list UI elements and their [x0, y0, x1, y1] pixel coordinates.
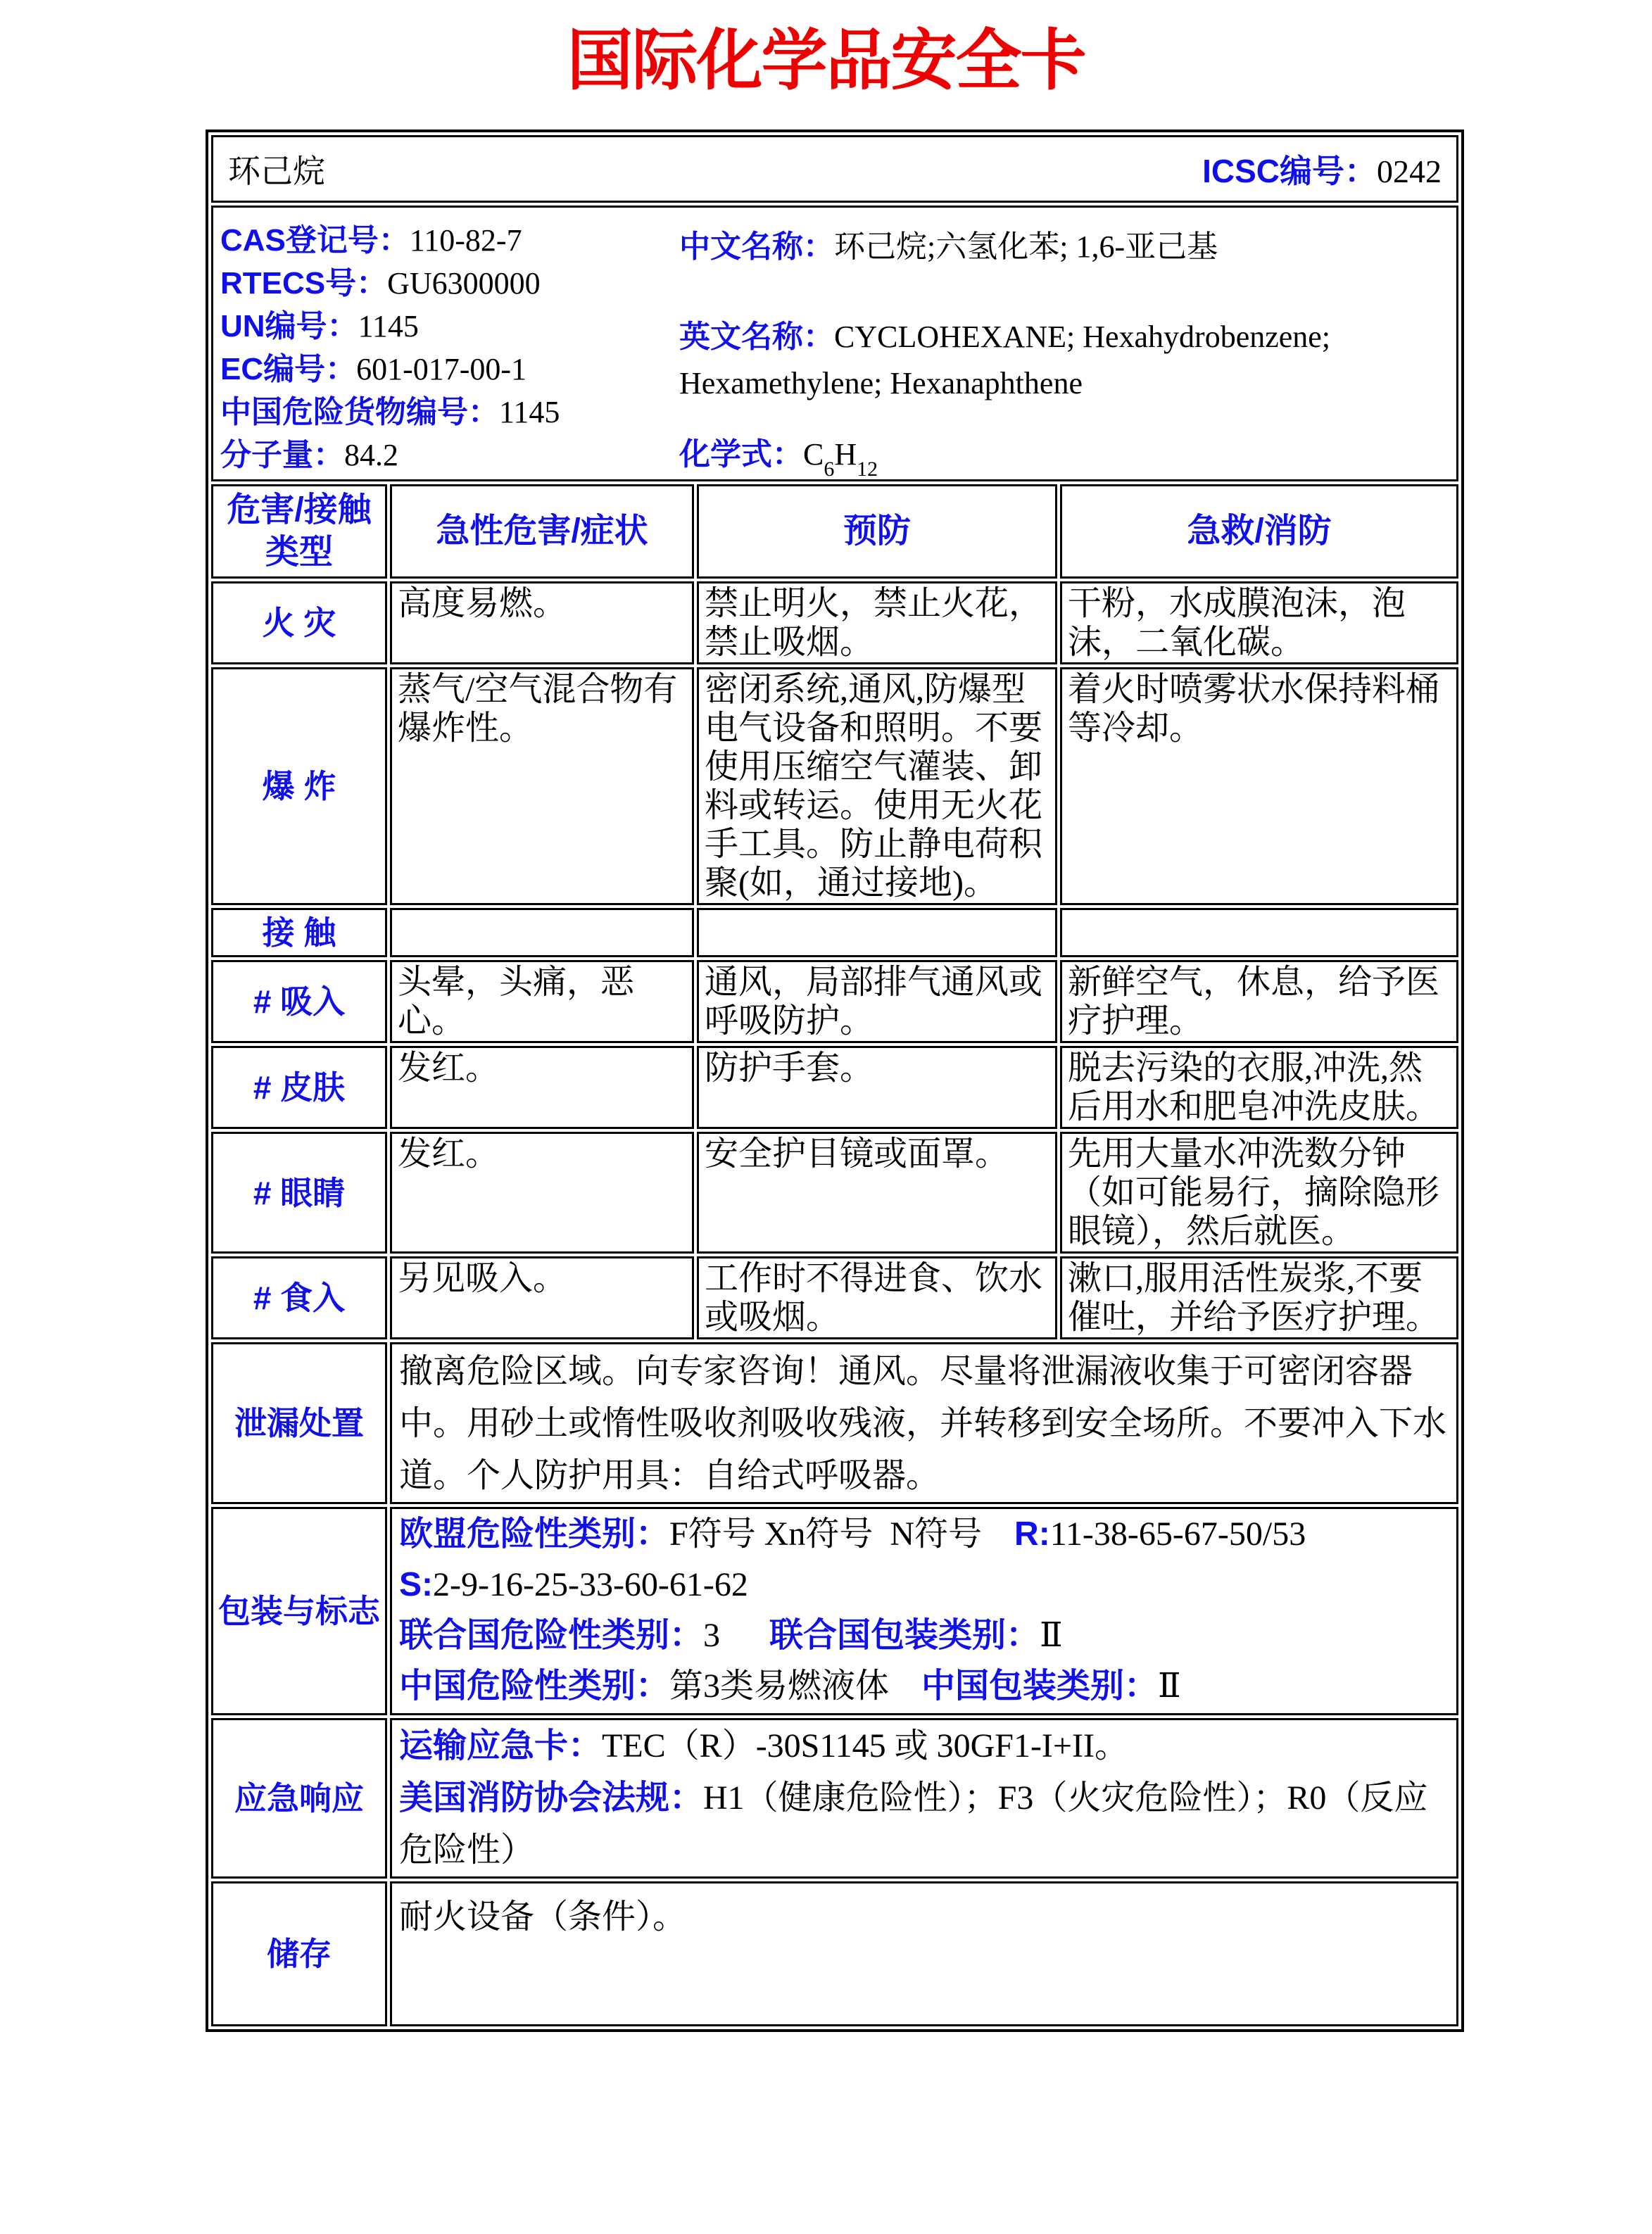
ingestion-prevention: 工作时不得进食、饮水 或吸烟。: [697, 1256, 1057, 1339]
identifier-line-cas: CAS登记号：110-82-7: [220, 219, 678, 262]
icsc-group: ICSC编号：0242: [1202, 146, 1442, 192]
r-phrases-label: R:: [1014, 1515, 1050, 1553]
fire-response: 干粉，水成膜泡沫，泡 沫，二氧化碳。: [1060, 581, 1458, 664]
packaging-cell: 欧盟危险性类别：F符号 Xn符号 N符号R:11-38-65-67-50/53 …: [390, 1507, 1458, 1715]
spill-row: 泄漏处置 撤离危险区域。向专家咨询！通风。尽量将泄漏液收集于可密闭容器 中。用砂…: [211, 1342, 1458, 1504]
identifier-line-china-dg: 中国危险货物编号：1145: [220, 391, 678, 434]
eyes-prevention: 安全护目镜或面罩。: [697, 1132, 1057, 1254]
identifiers-cell: CAS登记号：110-82-7 RTECS号：GU6300000 UN编号：11…: [211, 206, 1458, 481]
card-name-row: 环己烷 ICSC编号：0242: [211, 135, 1458, 203]
eu-hazard-value: F符号 Xn符号 N符号: [669, 1515, 982, 1553]
ingestion-symptoms: 另见吸入。: [390, 1256, 694, 1339]
nfpa-line: 美国消防协会法规：H1（健康危险性）；F3（火灾危险性）；R0（反应 危险性）: [399, 1772, 1449, 1876]
storage-text: 耐火设备（条件）。: [399, 1883, 1449, 1938]
un-class-line: 联合国危险性类别：3联合国包装类别：Ⅱ: [399, 1610, 1449, 1661]
header-symptoms: 急性危害/症状: [390, 484, 694, 579]
icsc-number: 0242: [1377, 153, 1442, 189]
hazard-row-explosion: 爆 炸 蒸气/空气混合物有 爆炸性。 密闭系统,通风,防爆型 电气设备和照明。不…: [211, 667, 1458, 905]
chemical-name: 环己烷: [228, 146, 325, 192]
eu-hazard-line: 欧盟危险性类别：F符号 Xn符号 N符号R:11-38-65-67-50/53: [399, 1509, 1449, 1560]
emergency-row: 应急响应 运输应急卡：TEC（R）-30S1145 或 30GF1-I+II。 …: [211, 1718, 1458, 1879]
rtecs-label: RTECS号：: [220, 266, 387, 301]
un-value: 1145: [358, 309, 419, 343]
hazard-row-fire: 火 灾 高度易燃。 禁止明火，禁止火花， 禁止吸烟。 干粉，水成膜泡沫，泡 沫，…: [211, 581, 1458, 664]
chinese-name-line: 中文名称：环己烷;六氢化苯; 1,6-亚己基: [679, 227, 1452, 274]
s-phrases-line: S:2-9-16-25-33-60-61-62: [399, 1560, 1449, 1610]
tec-line: 运输应急卡：TEC（R）-30S1145 或 30GF1-I+II。: [399, 1720, 1449, 1772]
cn-class-value: 第3类易燃液体: [669, 1667, 889, 1705]
un-pack-label: 联合国包装类别：: [769, 1617, 1040, 1654]
formula-line: 化学式：C6H12: [679, 437, 1452, 479]
identifier-line-un: UN编号：1145: [220, 305, 678, 348]
s-phrases-value: 2-9-16-25-33-60-61-62: [433, 1566, 748, 1603]
r-phrases-value: 11-38-65-67-50/53: [1050, 1515, 1306, 1553]
tec-label: 运输应急卡：: [399, 1727, 602, 1765]
cas-value: 110-82-7: [410, 223, 522, 258]
formula-sub-12: 12: [857, 457, 878, 481]
identifier-line-rtecs: RTECS号：GU6300000: [220, 262, 678, 305]
hazard-row-inhalation: # 吸入 头晕，头痛，恶 心。 通风，局部排气通风或 呼吸防护。 新鲜空气，休息…: [211, 960, 1458, 1043]
spill-cell: 撤离危险区域。向专家咨询！通风。尽量将泄漏液收集于可密闭容器 中。用砂土或惰性吸…: [390, 1342, 1458, 1504]
skin-prevention: 防护手套。: [697, 1046, 1057, 1129]
english-name-line: 英文名称：CYCLOHEXANE; Hexahydrobenzene; Hexa…: [679, 317, 1452, 410]
ingestion-label: # 食入: [211, 1256, 387, 1339]
rtecs-value: GU6300000: [387, 266, 541, 301]
storage-row: 储存 耐火设备（条件）。: [211, 1881, 1458, 2026]
ec-value: 601-017-00-1: [356, 352, 527, 386]
safety-card-table: 环己烷 ICSC编号：0242 CAS登记号：110-82-7 RTECS号：G…: [206, 130, 1464, 2032]
un-pack-value: Ⅱ: [1040, 1617, 1063, 1654]
un-class-label: 联合国危险性类别：: [399, 1617, 703, 1654]
packaging-label: 包装与标志: [211, 1507, 387, 1715]
cas-label: CAS登记号：: [220, 223, 410, 258]
exposure-symptoms: [390, 908, 694, 957]
skin-response: 脱去污染的衣服,冲洗,然 后用水和肥皂冲洗皮肤。: [1060, 1046, 1458, 1129]
formula-h: H: [834, 437, 857, 472]
fire-prevention: 禁止明火，禁止火花， 禁止吸烟。: [697, 581, 1057, 664]
molweight-value: 84.2: [344, 438, 398, 472]
un-label: UN编号：: [220, 309, 358, 343]
ec-label: EC编号：: [220, 352, 356, 386]
exposure-prevention: [697, 908, 1057, 957]
explosion-label: 爆 炸: [211, 667, 387, 905]
hazard-row-exposure: 接 触: [211, 908, 1458, 957]
eyes-response: 先用大量水冲洗数分钟 （如可能易行，摘除隐形 眼镜），然后就医。: [1060, 1132, 1458, 1254]
eyes-label: # 眼睛: [211, 1132, 387, 1254]
skin-symptoms: 发红。: [390, 1046, 694, 1129]
chinese-name-label: 中文名称：: [679, 229, 834, 264]
header-prevention: 预防: [697, 484, 1057, 579]
inhalation-symptoms: 头晕，头痛，恶 心。: [390, 960, 694, 1043]
fire-symptoms: 高度易燃。: [390, 581, 694, 664]
card-name-cell: 环己烷 ICSC编号：0242: [211, 135, 1458, 203]
identifiers-row: CAS登记号：110-82-7 RTECS号：GU6300000 UN编号：11…: [211, 206, 1458, 481]
english-name-label: 英文名称：: [679, 320, 834, 354]
explosion-prevention: 密闭系统,通风,防爆型 电气设备和照明。不要 使用压缩空气灌装、卸 料或转运。使…: [697, 667, 1057, 905]
china-dg-label: 中国危险货物编号：: [220, 395, 499, 429]
storage-cell: 耐火设备（条件）。: [390, 1881, 1458, 2026]
cn-pack-label: 中国包装类别：: [921, 1667, 1158, 1705]
spill-text: 撤离危险区域。向专家咨询！通风。尽量将泄漏液收集于可密闭容器 中。用砂土或惰性吸…: [399, 1344, 1449, 1502]
identifier-line-ec: EC编号：601-017-00-1: [220, 348, 678, 391]
document-page: { "colors": {"accent_blue": "#0f0fee", "…: [0, 0, 1652, 2234]
hazard-row-eyes: # 眼睛 发红。 安全护目镜或面罩。 先用大量水冲洗数分钟 （如可能易行，摘除隐…: [211, 1132, 1458, 1254]
explosion-symptoms: 蒸气/空气混合物有 爆炸性。: [390, 667, 694, 905]
eyes-symptoms: 发红。: [390, 1132, 694, 1254]
identifier-line-molweight: 分子量：84.2: [220, 434, 678, 477]
emergency-cell: 运输应急卡：TEC（R）-30S1145 或 30GF1-I+II。 美国消防协…: [390, 1718, 1458, 1879]
exposure-label: 接 触: [211, 908, 387, 957]
hazard-header-row: 危害/接触 类型 急性危害/症状 预防 急救/消防: [211, 484, 1458, 579]
emergency-label: 应急响应: [211, 1718, 387, 1879]
inhalation-prevention: 通风，局部排气通风或 呼吸防护。: [697, 960, 1057, 1043]
explosion-response: 着火时喷雾状水保持料桶 等冷却。: [1060, 667, 1458, 905]
formula-c: C: [803, 437, 824, 472]
formula-label: 化学式：: [679, 437, 803, 472]
ingestion-response: 漱口,服用活性炭浆,不要 催吐，并给予医疗护理。: [1060, 1256, 1458, 1339]
inhalation-response: 新鲜空气，休息，给予医 疗护理。: [1060, 960, 1458, 1043]
packaging-row: 包装与标志 欧盟危险性类别：F符号 Xn符号 N符号R:11-38-65-67-…: [211, 1507, 1458, 1715]
eu-hazard-label: 欧盟危险性类别：: [399, 1515, 669, 1553]
spill-label: 泄漏处置: [211, 1342, 387, 1504]
nfpa-label: 美国消防协会法规：: [399, 1779, 703, 1817]
skin-label: # 皮肤: [211, 1046, 387, 1129]
cn-pack-value: Ⅱ: [1158, 1667, 1181, 1705]
s-phrases-label: S:: [399, 1566, 433, 1603]
hazard-row-skin: # 皮肤 发红。 防护手套。 脱去污染的衣服,冲洗,然 后用水和肥皂冲洗皮肤。: [211, 1046, 1458, 1129]
formula-sub-6: 6: [824, 457, 834, 481]
un-class-value: 3: [703, 1617, 720, 1654]
hazard-row-ingestion: # 食入 另见吸入。 工作时不得进食、饮水 或吸烟。 漱口,服用活性炭浆,不要 …: [211, 1256, 1458, 1339]
cn-class-line: 中国危险性类别：第3类易燃液体中国包装类别：Ⅱ: [399, 1661, 1449, 1712]
identifier-list: CAS登记号：110-82-7 RTECS号：GU6300000 UN编号：11…: [220, 219, 678, 477]
header-hazard-type: 危害/接触 类型: [211, 484, 387, 579]
storage-label: 储存: [211, 1881, 387, 2026]
molweight-label: 分子量：: [220, 438, 344, 472]
page-title: 国际化学品安全卡: [0, 0, 1652, 97]
china-dg-value: 1145: [499, 395, 560, 429]
inhalation-label: # 吸入: [211, 960, 387, 1043]
header-firstaid: 急救/消防: [1060, 484, 1458, 579]
chinese-name-value: 环己烷;六氢化苯; 1,6-亚己基: [834, 229, 1218, 264]
icsc-label: ICSC编号：: [1202, 153, 1377, 189]
card-name-inner: 环己烷 ICSC编号：0242: [214, 146, 1456, 192]
cn-class-label: 中国危险性类别：: [399, 1667, 669, 1705]
tec-value: TEC（R）-30S1145 或 30GF1-I+II。: [602, 1727, 1128, 1765]
exposure-response: [1060, 908, 1458, 957]
names-block: 中文名称：环己烷;六氢化苯; 1,6-亚己基 英文名称：CYCLOHEXANE;…: [679, 208, 1452, 479]
fire-label: 火 灾: [211, 581, 387, 664]
